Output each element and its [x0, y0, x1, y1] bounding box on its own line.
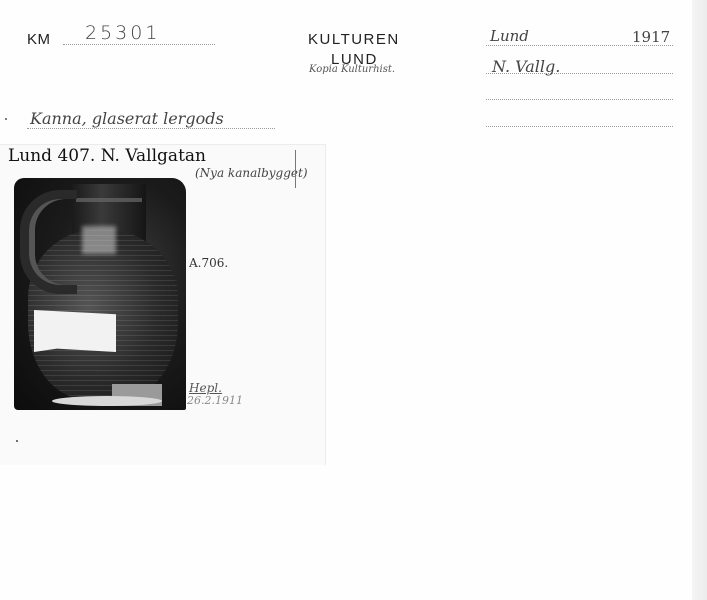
- find-place: Lund: [490, 27, 529, 45]
- repair-patch: [34, 310, 116, 352]
- signature-date: 26.2.1911: [187, 394, 243, 407]
- description-line: [27, 128, 275, 129]
- find-year: 1917: [632, 28, 670, 46]
- find-note: Lund 407. N. Vallgatan: [8, 146, 206, 166]
- blank-line: [486, 99, 673, 100]
- signature: Hepl.: [189, 381, 222, 395]
- bracket-mark: [291, 150, 296, 188]
- catalogue-card: KM 25301 KULTUREN LUND Kopia Kulturhist.…: [0, 0, 707, 600]
- site-line: [486, 73, 673, 74]
- blank-line: [486, 126, 673, 127]
- catalogue-number-line: [63, 44, 215, 45]
- jug-handle: [20, 190, 77, 294]
- institution-name: KULTUREN: [308, 31, 400, 48]
- punch-mark: [5, 118, 7, 120]
- institution-note: Kopia Kulturhist.: [309, 64, 395, 75]
- punch-mark: [16, 440, 18, 442]
- jug-foot: [52, 396, 162, 406]
- object-description: Kanna, glaserat lergods: [30, 109, 224, 128]
- jug-rim: [76, 198, 142, 202]
- glaze-highlight: [82, 226, 116, 254]
- catalogue-number: 25301: [85, 22, 160, 44]
- object-photo: [14, 178, 186, 410]
- card-edge: [692, 0, 707, 600]
- catalogue-prefix: KM: [27, 31, 51, 48]
- museum-number: A.706.: [189, 256, 228, 270]
- place-line: [486, 45, 673, 46]
